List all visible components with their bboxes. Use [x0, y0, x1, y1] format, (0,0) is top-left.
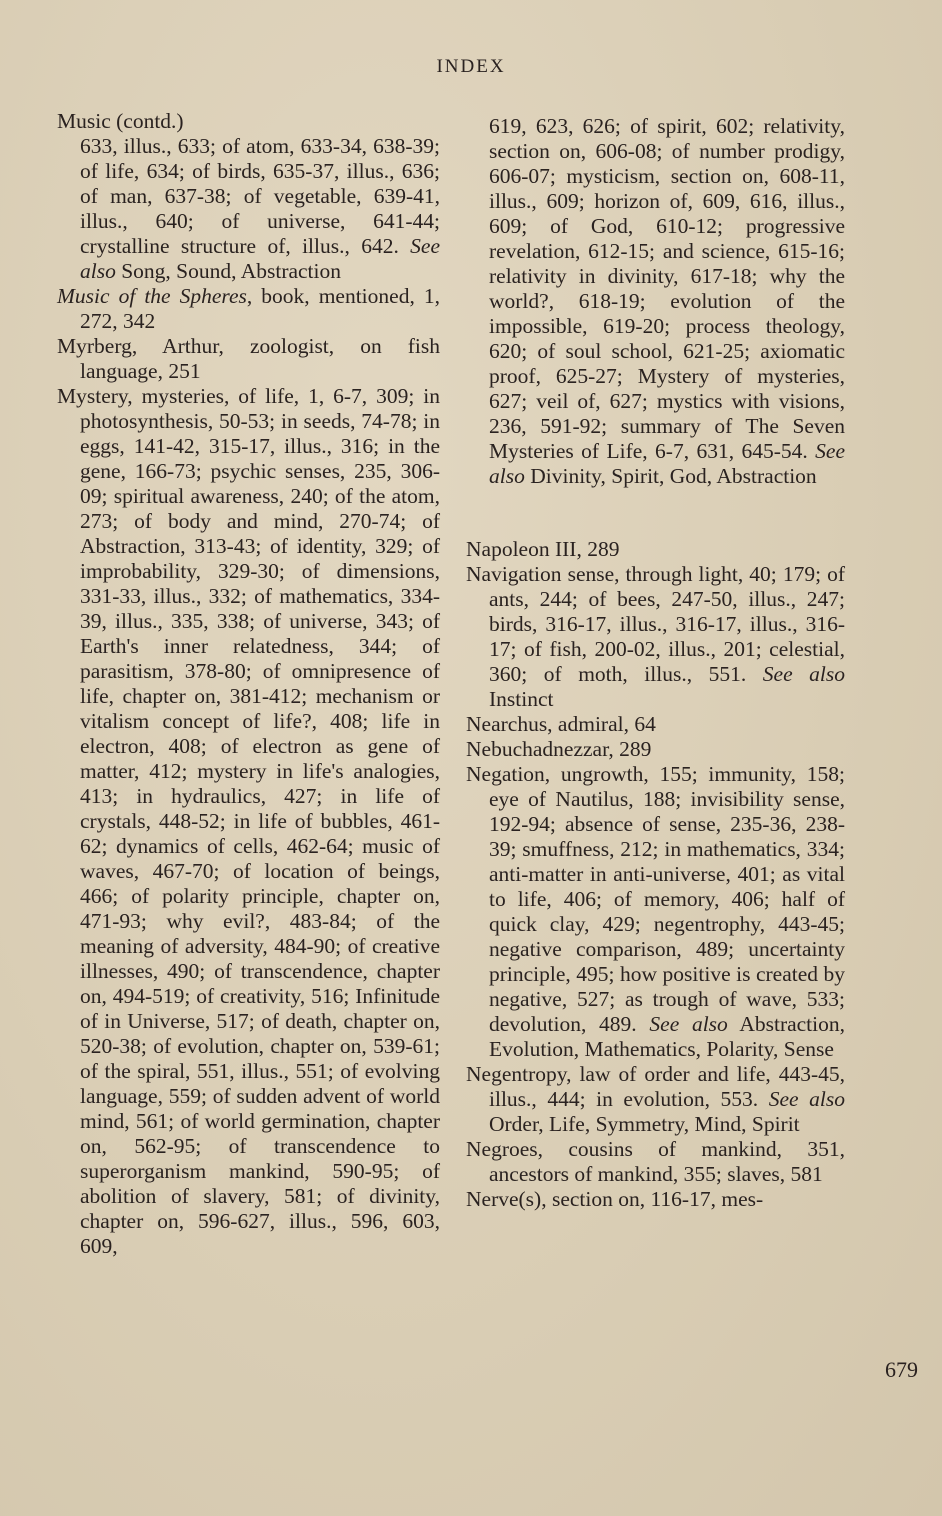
page-number: 679: [885, 1357, 918, 1383]
entry-head: Music (contd.): [57, 109, 184, 133]
index-entry-negentropy: Negentropy, law of order and life, 443-4…: [466, 1062, 845, 1137]
index-entry-myrberg: Myrberg, Arthur, zoologist, on fish lang…: [57, 334, 440, 384]
index-entry-mystery: Mystery, mysteries, of life, 1, 6-7, 309…: [57, 384, 440, 1259]
section-gap: [466, 489, 845, 537]
book-title: Music of the Spheres: [57, 284, 247, 308]
index-column-right: 619, 623, 626; of spirit, 602; relativit…: [466, 114, 845, 1212]
index-entry-mystery-continuation: 619, 623, 626; of spirit, 602; relativit…: [466, 114, 845, 489]
see-also-label: See also: [769, 1087, 845, 1111]
index-entry-nearchus: Nearchus, admiral, 64: [466, 712, 845, 737]
index-entry-negroes: Negroes, cousins of mankind, 351, ancest…: [466, 1137, 845, 1187]
index-entry-nerves: Nerve(s), section on, 116-17, mes-: [466, 1187, 845, 1212]
index-column-left: Music (contd.) 633, illus., 633; of atom…: [57, 109, 440, 1259]
see-also-label: See also: [763, 662, 845, 686]
index-entry-music-continuation: 633, illus., 633; of atom, 633-34, 638-3…: [57, 134, 440, 284]
index-entry-music-of-the-spheres: Music of the Spheres, book, mentioned, 1…: [57, 284, 440, 334]
index-entry-negation: Negation, ungrowth, 155; immunity, 158; …: [466, 762, 845, 1062]
see-also-label: See also: [649, 1012, 727, 1036]
index-entry-nebuchadnezzar: Nebuchadnezzar, 289: [466, 737, 845, 762]
index-entry-napoleon: Napoleon III, 289: [466, 537, 845, 562]
index-entry-navigation-sense: Navigation sense, through light, 40; 179…: [466, 562, 845, 712]
index-entry-music-contd: Music (contd.): [57, 109, 440, 134]
running-head: INDEX: [0, 56, 942, 78]
